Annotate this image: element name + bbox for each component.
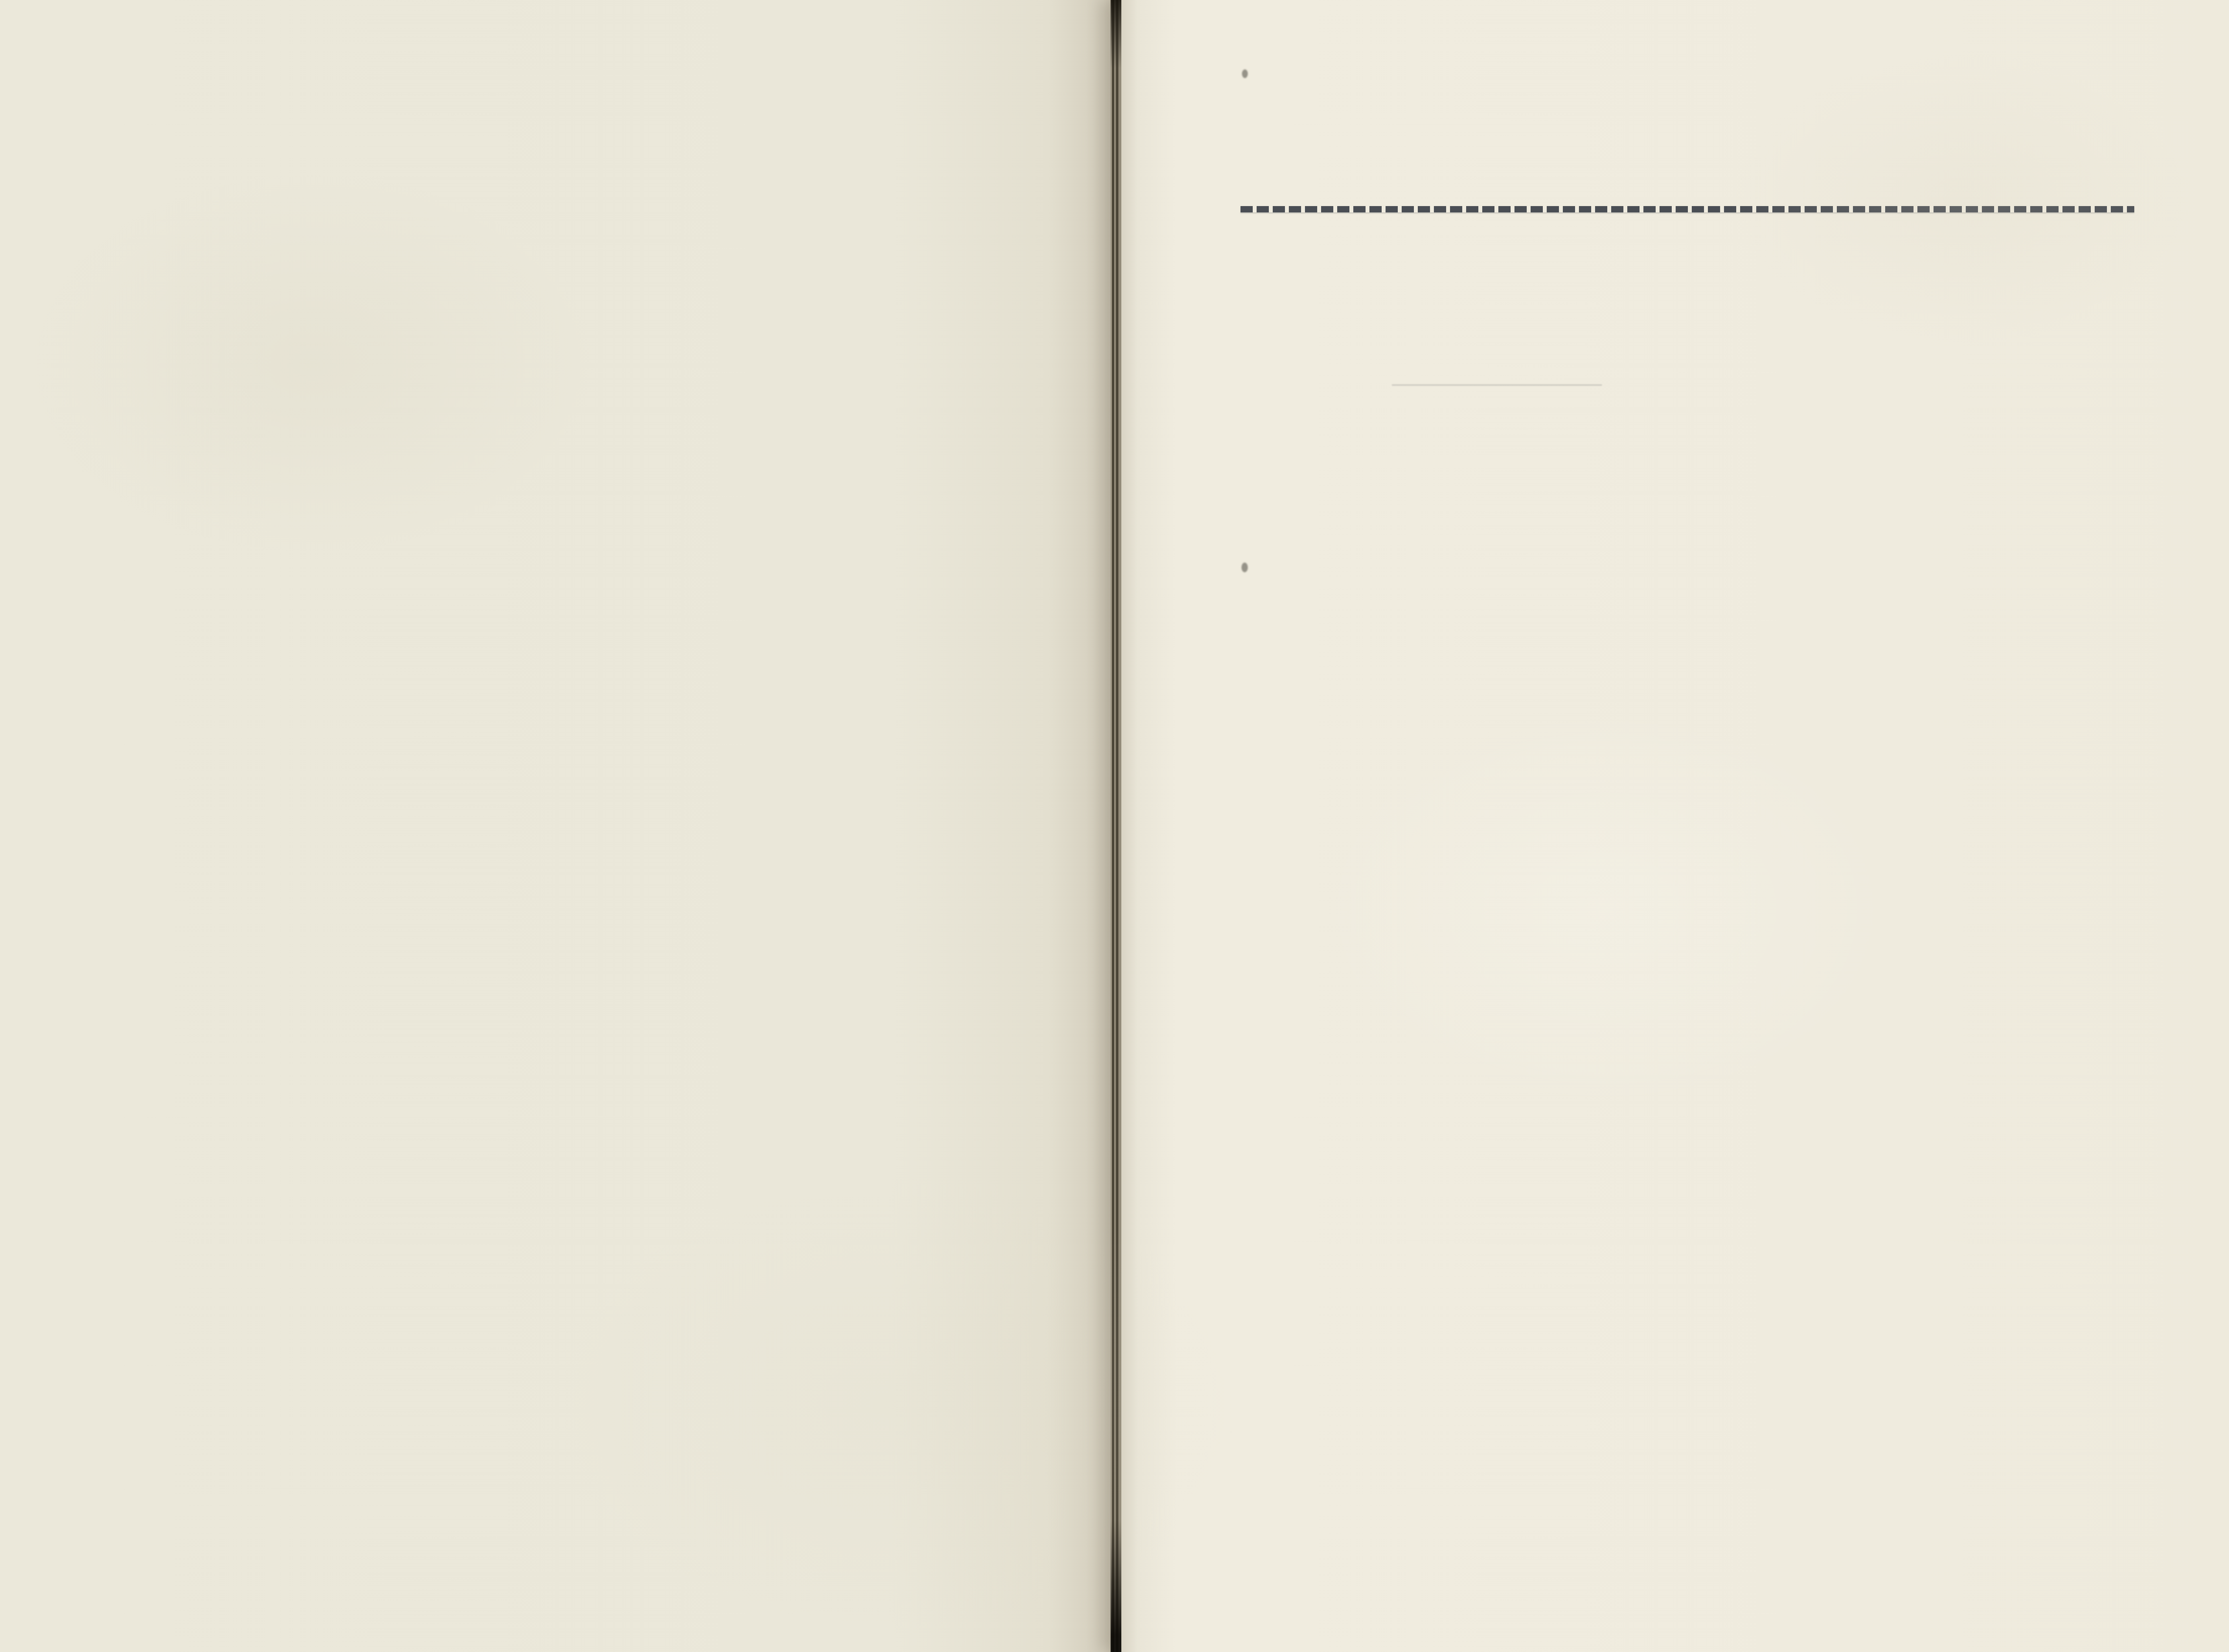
header-dashed-rule: [1241, 206, 2134, 212]
ink-speck: [1242, 69, 1248, 78]
left-page: [0, 0, 1114, 1652]
ink-speck: [1241, 563, 1248, 572]
right-page: [1121, 0, 2229, 1652]
faint-underline-artifact: [1392, 384, 1602, 386]
scanned-book-spread: { "document": { "page_number": "- 50 -",…: [0, 0, 2229, 1652]
book-gutter: [1111, 0, 1121, 1652]
